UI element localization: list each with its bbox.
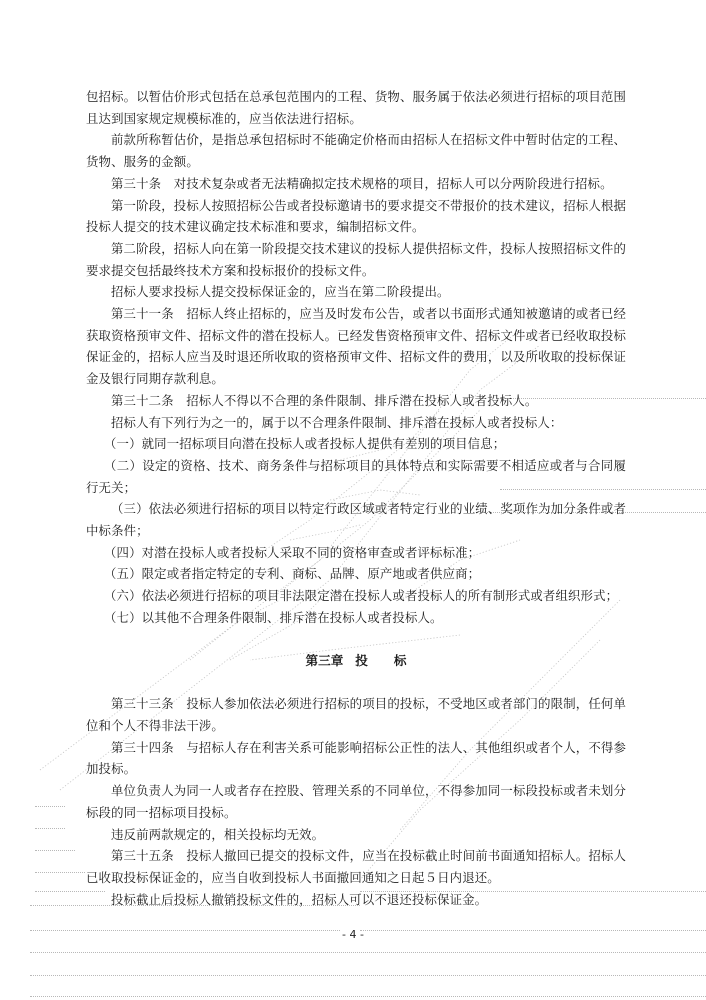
chapter-heading: 第三章投标 bbox=[86, 650, 626, 672]
chapter-body: 第三十三条 投标人参加依法必须进行招标的项目的投标，不受地区或者部门的限制，任何… bbox=[86, 693, 626, 910]
watermark-line bbox=[35, 806, 65, 807]
paragraph: （二）设定的资格、技术、商务条件与招标项目的具体特点和实际需要不相适应或者与合同… bbox=[86, 455, 626, 498]
watermark-line bbox=[30, 996, 706, 997]
paragraph: 包招标。以暂估价形式包括在总承包范围内的工程、货物、服务属于依法必须进行招标的项… bbox=[86, 86, 626, 129]
paragraph: （三）依法必须进行招标的项目以特定行政区域或者特定行业的业绩、奖项作为加分条件或… bbox=[86, 498, 626, 541]
paragraph: 第三十一条 招标人终止招标的，应当及时发布公告，或者以书面形式通知被邀请的或者已… bbox=[86, 303, 626, 390]
section-body: 包招标。以暂估价形式包括在总承包范围内的工程、货物、服务属于依法必须进行招标的项… bbox=[86, 86, 626, 629]
paragraph: 招标人要求投标人提交投标保证金的，应当在第二阶段提出。 bbox=[86, 281, 626, 303]
watermark-line bbox=[30, 975, 706, 976]
page-number: - 4 - bbox=[0, 928, 706, 941]
paragraph: （五）限定或者指定特定的专利、商标、品牌、原产地或者供应商； bbox=[86, 563, 626, 585]
paragraph: 违反前两款规定的，相关投标均无效。 bbox=[86, 824, 626, 846]
paragraph: 第三十五条 投标人撤回已提交的投标文件，应当在投标截止时间前书面通知招标人。招标… bbox=[86, 845, 626, 888]
watermark-line bbox=[35, 850, 75, 851]
paragraph: 第三十四条 与招标人存在利害关系可能影响招标公正性的法人、其他组织或者个人，不得… bbox=[86, 737, 626, 780]
document-page: 包招标。以暂估价形式包括在总承包范围内的工程、货物、服务属于依法必须进行招标的项… bbox=[86, 86, 626, 910]
watermark-line bbox=[30, 952, 706, 953]
paragraph: 前款所称暂估价，是指总承包招标时不能确定价格而由招标人在招标文件中暂时估定的工程… bbox=[86, 129, 626, 172]
paragraph: 第三十二条 招标人不得以不合理的条件限制、排斥潜在投标人或者投标人。 bbox=[86, 390, 626, 412]
paragraph: 第三十三条 投标人参加依法必须进行招标的项目的投标，不受地区或者部门的限制，任何… bbox=[86, 693, 626, 736]
paragraph: （六）依法必须进行招标的项目非法限定潜在投标人或者投标人的所有制形式或者组织形式… bbox=[86, 585, 626, 607]
chapter-number: 第三章 bbox=[306, 653, 344, 668]
paragraph: 招标人有下列行为之一的，属于以不合理条件限制、排斥潜在投标人或者投标人： bbox=[86, 412, 626, 434]
chapter-title-char-2: 标 bbox=[394, 653, 407, 668]
paragraph: 第二阶段，招标人向在第一阶段提交技术建议的投标人提供招标文件，投标人按照招标文件… bbox=[86, 238, 626, 281]
watermark-line bbox=[35, 872, 85, 873]
paragraph: 第三十条 对技术复杂或者无法精确拟定技术规格的项目，招标人可以分两阶段进行招标。 bbox=[86, 173, 626, 195]
paragraph: （一）就同一招标项目向潜在投标人或者投标人提供有差别的项目信息； bbox=[86, 433, 626, 455]
paragraph: （七）以其他不合理条件限制、排斥潜在投标人或者投标人。 bbox=[86, 607, 626, 629]
watermark-line bbox=[35, 828, 65, 829]
paragraph: 第一阶段，投标人按照招标公告或者投标邀请书的要求提交不带报价的技术建议，招标人根… bbox=[86, 195, 626, 238]
paragraph: （四）对潜在投标人或者投标人采取不同的资格审查或者评标标准； bbox=[86, 542, 626, 564]
chapter-title-char-1: 投 bbox=[355, 653, 368, 668]
paragraph: 投标截止后投标人撤销投标文件的，招标人可以不退还投标保证金。 bbox=[86, 889, 626, 911]
paragraph: 单位负责人为同一人或者存在控股、管理关系的不同单位，不得参加同一标段投标或者未划… bbox=[86, 780, 626, 823]
